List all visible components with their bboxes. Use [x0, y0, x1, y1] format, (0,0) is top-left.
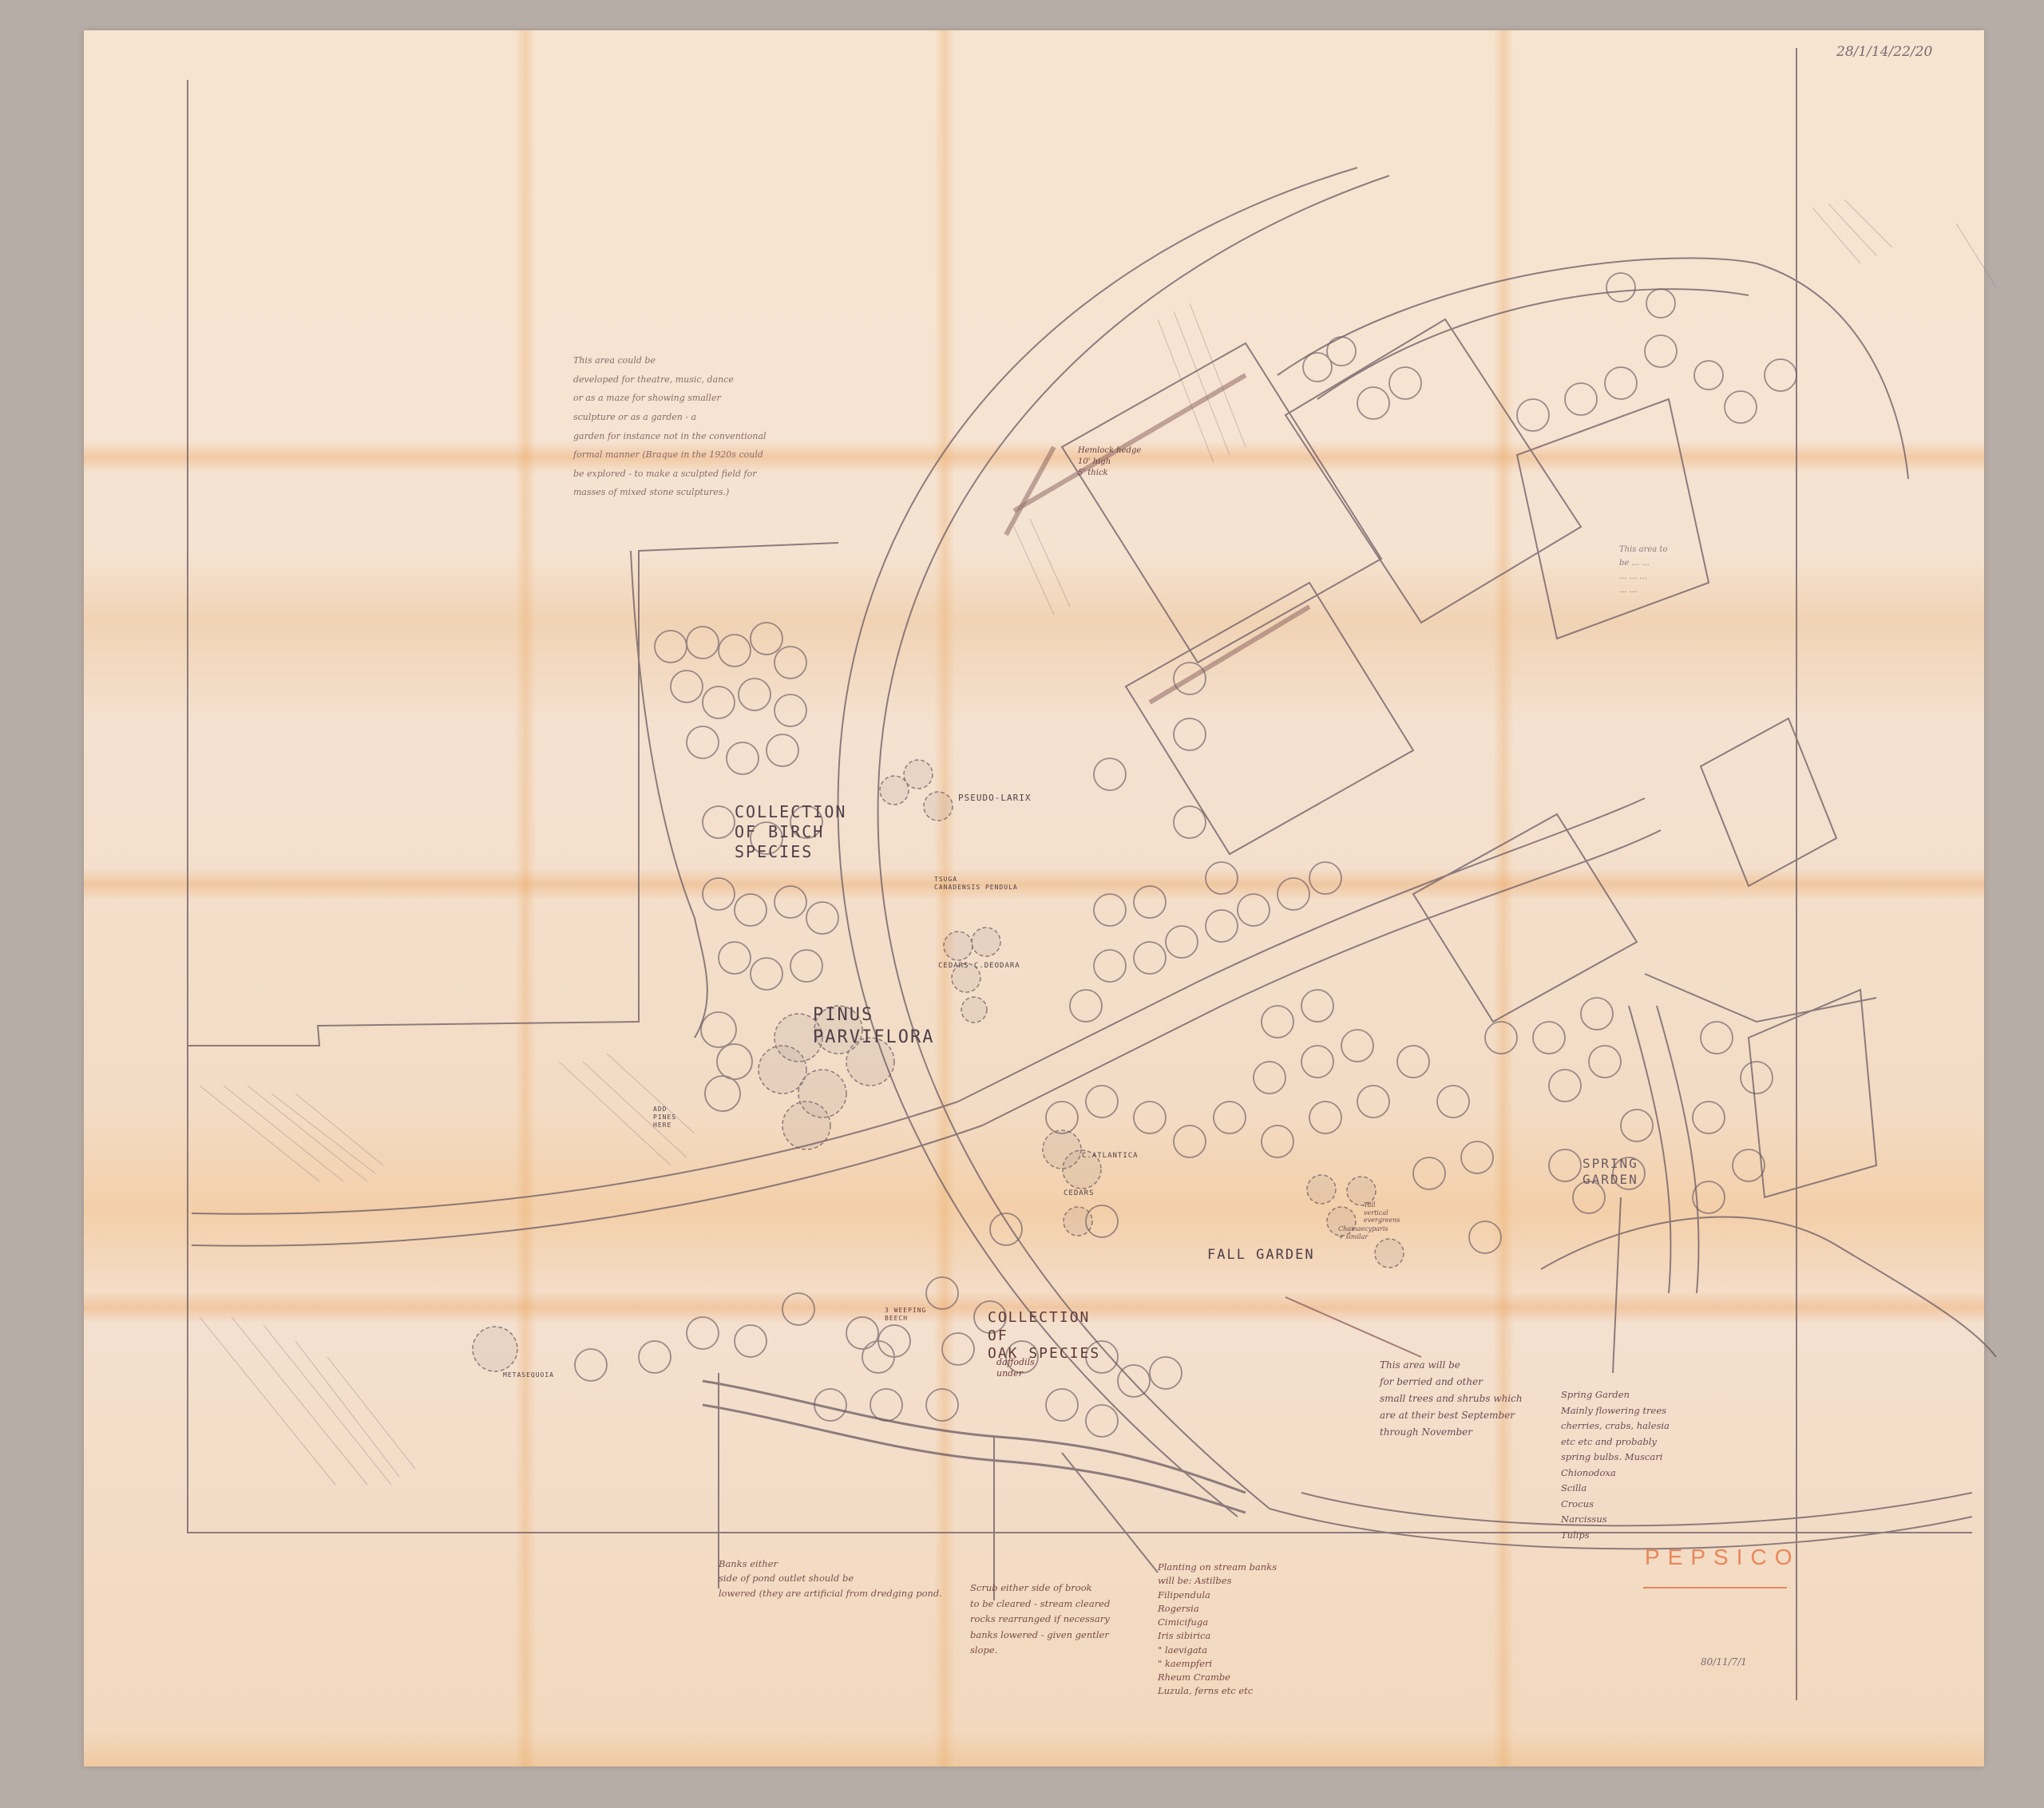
label-add-pines: ADD PINES HERE — [653, 1106, 676, 1130]
catalog-reference-top: 28/1/14/22/20 — [1836, 42, 1932, 62]
label-hemlock-hedge: Hemlock hedge 10' high 5' thick — [1078, 445, 1150, 479]
title-underline — [1643, 1587, 1787, 1588]
label-evergreens: Tall vertical evergreens — [1364, 1201, 1400, 1224]
label-spring-garden: SPRING GARDEN — [1583, 1156, 1638, 1188]
note-fall-area: This area will be for berried and other … — [1380, 1357, 1587, 1441]
label-birch-collection: COLLECTION OF BIRCH SPECIES — [735, 802, 846, 862]
label-cedars: CEDARS — [1064, 1189, 1095, 1198]
label-atlantica: C.ATLANTICA — [1082, 1152, 1139, 1161]
note-brook: Scrub either side of brook to be cleared… — [970, 1581, 1154, 1659]
label-chamaecyparis: Chamaecyparis + similar — [1338, 1225, 1388, 1240]
note-spring-garden: Spring Garden Mainly flowering trees che… — [1561, 1387, 1745, 1543]
note-pond-banks: Banks either side of pond outlet should … — [719, 1557, 974, 1600]
label-cedars-deodara: CEDARS C.DEODARA — [938, 962, 1020, 971]
label-metasequoia: METASEQUOIA — [503, 1371, 554, 1379]
label-daffodils-under: daffodils under — [996, 1357, 1035, 1380]
label-pseudolarix: PSEUDO-LARIX — [958, 793, 1031, 804]
catalog-reference-bottom: 80/11/7/1 — [1701, 1655, 1747, 1670]
document-title: PEPSICO — [1645, 1545, 1800, 1570]
label-tsuga: TSUGA CANADENSIS PENDULA — [934, 876, 1018, 892]
label-pinus-parviflora: PINUS PARVIFLORA — [813, 1004, 934, 1048]
note-stream-planting: Planting on stream banks will be: Astilb… — [1158, 1561, 1333, 1699]
note-performance-area: This area could be developed for theatre… — [573, 351, 805, 502]
label-oak-collection: COLLECTION OF OAK SPECIES — [988, 1309, 1100, 1363]
label-weeping-beech: 3 WEEPING BEECH — [885, 1307, 926, 1323]
note-building-area: This area to be ... ... ... ... ... ... … — [1619, 543, 1707, 597]
label-fall-garden: FALL GARDEN — [1207, 1247, 1315, 1264]
